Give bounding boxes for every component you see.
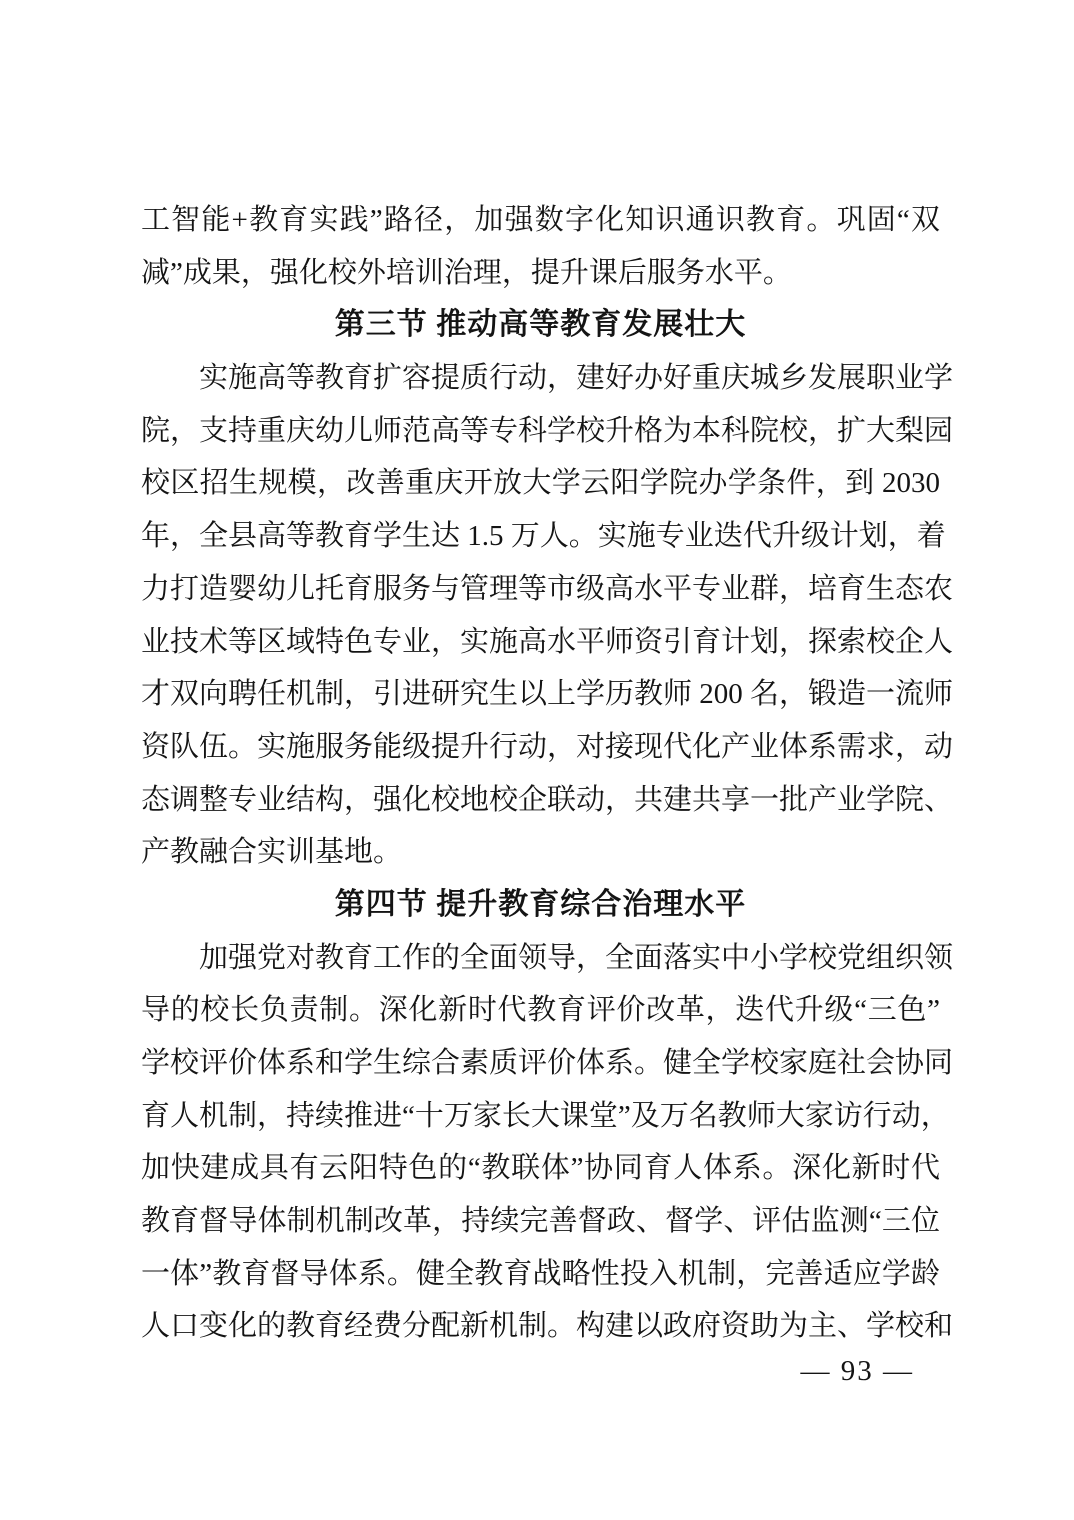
body-line: 育人机制，持续推进“十万家长大课堂”及万名教师大家访行动， — [141, 1090, 940, 1143]
body-line: 人口变化的教育经费分配新机制。构建以政府资助为主、学校和 — [141, 1300, 940, 1353]
body-line: 减”成果，强化校外培训治理，提升课后服务水平。 — [141, 247, 940, 300]
body-line: 学校评价体系和学生综合素质评价体系。健全学校家庭社会协同 — [141, 1037, 940, 1090]
document-page: 工智能+教育实践”路径，加强数字化知识通识教育。巩固“双 减”成果，强化校外培训… — [0, 0, 1074, 1520]
page-number: — 93 — — [801, 1351, 915, 1391]
body-line: 一体”教育督导体系。健全教育战略性投入机制，完善适应学龄 — [141, 1248, 940, 1301]
body-line: 资队伍。实施服务能级提升行动，对接现代化产业体系需求，动 — [141, 721, 940, 774]
body-line: 校区招生规模，改善重庆开放大学云阳学院办学条件，到 2030 — [141, 457, 940, 510]
body-line: 才双向聘任机制，引进研究生以上学历教师 200 名，锻造一流师 — [141, 668, 940, 721]
page-body: 工智能+教育实践”路径，加强数字化知识通识教育。巩固“双 减”成果，强化校外培训… — [141, 194, 940, 1353]
body-line: 导的校长负责制。深化新时代教育评价改革，迭代升级“三色” — [141, 984, 940, 1037]
body-line: 加快建成具有云阳特色的“教联体”协同育人体系。深化新时代 — [141, 1142, 940, 1195]
body-line: 力打造婴幼儿托育服务与管理等市级高水平专业群，培育生态农 — [141, 563, 940, 616]
section-heading: 第四节 提升教育综合治理水平 — [141, 879, 940, 932]
body-line: 产教融合实训基地。 — [141, 826, 940, 879]
body-line: 实施高等教育扩容提质行动，建好办好重庆城乡发展职业学 — [141, 352, 940, 405]
body-line: 工智能+教育实践”路径，加强数字化知识通识教育。巩固“双 — [141, 194, 940, 247]
section-heading: 第三节 推动高等教育发展壮大 — [141, 299, 940, 352]
body-line: 年，全县高等教育学生达 1.5 万人。实施专业迭代升级计划，着 — [141, 510, 940, 563]
body-line: 业技术等区域特色专业，实施高水平师资引育计划，探索校企人 — [141, 616, 940, 669]
body-line: 态调整专业结构，强化校地校企联动，共建共享一批产业学院、 — [141, 774, 940, 827]
body-line: 教育督导体制机制改革，持续完善督政、督学、评估监测“三位 — [141, 1195, 940, 1248]
body-line: 加强党对教育工作的全面领导，全面落实中小学校党组织领 — [141, 932, 940, 985]
body-line: 院，支持重庆幼儿师范高等专科学校升格为本科院校，扩大梨园 — [141, 405, 940, 458]
